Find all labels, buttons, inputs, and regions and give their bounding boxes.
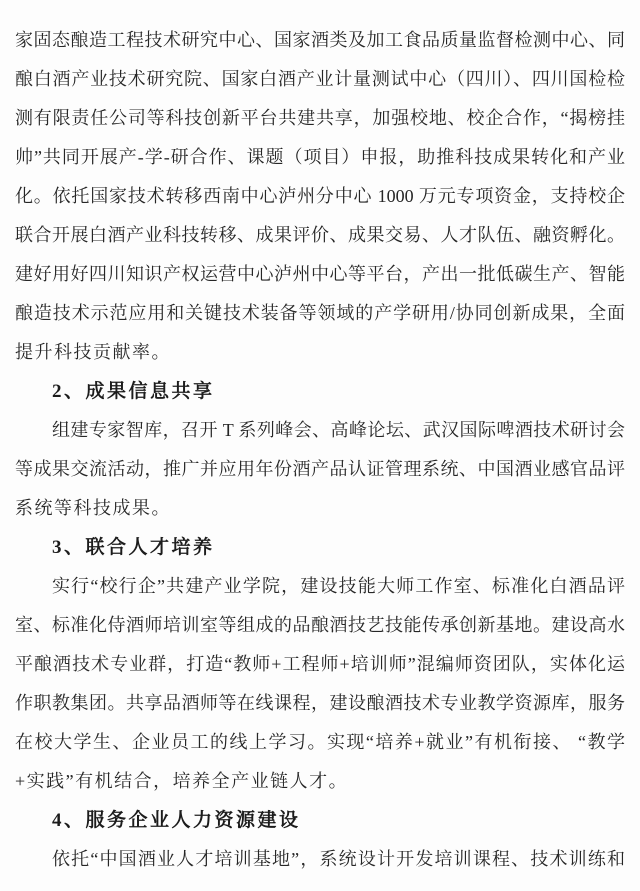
text-line: 帅”共同开展产-学-研合作、课题（项目）申报，助推科技成果转化和产业	[15, 138, 625, 177]
text-line: +实践”有机结合，培养全产业链人才。	[15, 762, 625, 801]
text-line: 酿造技术示范应用和关键技术装备等领域的产学研用/协同创新成果，全面	[15, 294, 625, 333]
text-line: 酿白酒产业技术研究院、国家白酒产业计量测试中心（四川）、四川国检检	[15, 60, 625, 99]
text-line: 系统等科技成果。	[15, 489, 625, 528]
section-heading: 2、成果信息共享	[15, 372, 625, 411]
text-line: 平酿酒技术专业群，打造“教师+工程师+培训师”混编师资团队，实体化运	[15, 645, 625, 684]
text-line: 作职教集团。共享品酒师等在线课程，建设酿酒技术专业教学资源库，服务	[15, 684, 625, 723]
text-line: 实行“校行企”共建产业学院，建设技能大师工作室、标准化白酒品评	[15, 567, 625, 606]
text-line: 室、标准化侍酒师培训室等组成的品酿酒技艺技能传承创新基地。建设高水	[15, 606, 625, 645]
text-line: 测有限责任公司等科技创新平台共建共享，加强校地、校企合作，“揭榜挂	[15, 99, 625, 138]
text-line: 化。依托国家技术转移西南中心泸州分中心 1000 万元专项资金，支持校企	[15, 177, 625, 216]
section-heading: 3、联合人才培养	[15, 528, 625, 567]
document-page: 家固态酿造工程技术研究中心、国家酒类及加工食品质量监督检测中心、同酿白酒产业技术…	[0, 0, 640, 891]
section-heading: 4、服务企业人力资源建设	[15, 801, 625, 840]
text-column: 家固态酿造工程技术研究中心、国家酒类及加工食品质量监督检测中心、同酿白酒产业技术…	[15, 21, 625, 879]
text-line: 提升科技贡献率。	[15, 333, 625, 372]
text-line: 联合开展白酒产业科技转移、成果评价、成果交易、人才队伍、融资孵化。	[15, 216, 625, 255]
text-line: 家固态酿造工程技术研究中心、国家酒类及加工食品质量监督检测中心、同	[15, 21, 625, 60]
text-line: 依托“中国酒业人才培训基地”，系统设计开发培训课程、技术训练和	[15, 840, 625, 879]
text-line: 建好用好四川知识产权运营中心泸州中心等平台，产出一批低碳生产、智能	[15, 255, 625, 294]
text-line: 在校大学生、企业员工的线上学习。实现“培养+就业”有机衔接、 “教学	[15, 723, 625, 762]
text-line: 等成果交流活动，推广并应用年份酒产品认证管理系统、中国酒业感官品评	[15, 450, 625, 489]
text-line: 组建专家智库，召开 T 系列峰会、高峰论坛、武汉国际啤酒技术研讨会	[15, 411, 625, 450]
